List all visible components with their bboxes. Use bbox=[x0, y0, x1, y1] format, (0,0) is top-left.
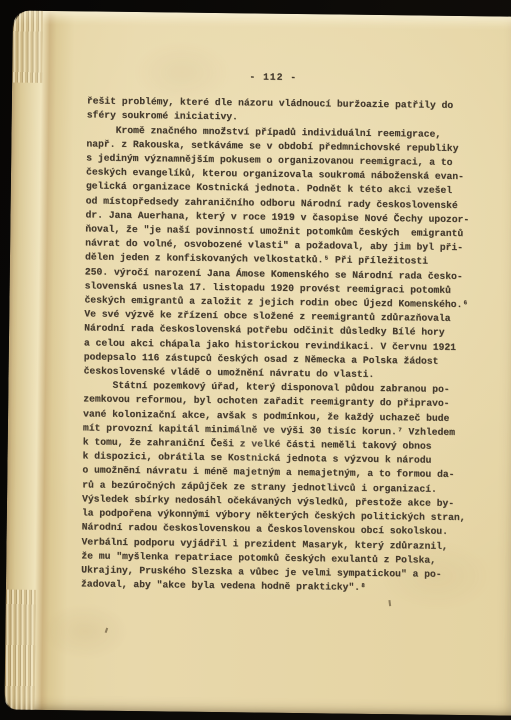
dust-speck bbox=[105, 628, 108, 633]
paragraph: řešit problémy, které dle názoru vládnou… bbox=[87, 95, 459, 128]
paragraph: Státní pozemkový úřad, který disponoval … bbox=[81, 379, 456, 597]
paragraph: Kromě značného množství případů individu… bbox=[84, 123, 459, 383]
page-number: - 112 - bbox=[87, 68, 459, 87]
page-edge-stack-bottom bbox=[4, 589, 35, 709]
stray-apostrophe-mark: ' bbox=[221, 126, 227, 140]
page-text: řešit problémy, které dle názoru vládnou… bbox=[81, 95, 459, 597]
dust-speck bbox=[388, 600, 390, 606]
book-page: - 112 - řešit problémy, které dle názoru… bbox=[4, 11, 511, 716]
page-content: - 112 - řešit problémy, které dle názoru… bbox=[81, 68, 459, 596]
scanned-book-photo: - 112 - řešit problémy, které dle názoru… bbox=[0, 0, 511, 720]
page-edge-stack-top bbox=[12, 11, 43, 83]
